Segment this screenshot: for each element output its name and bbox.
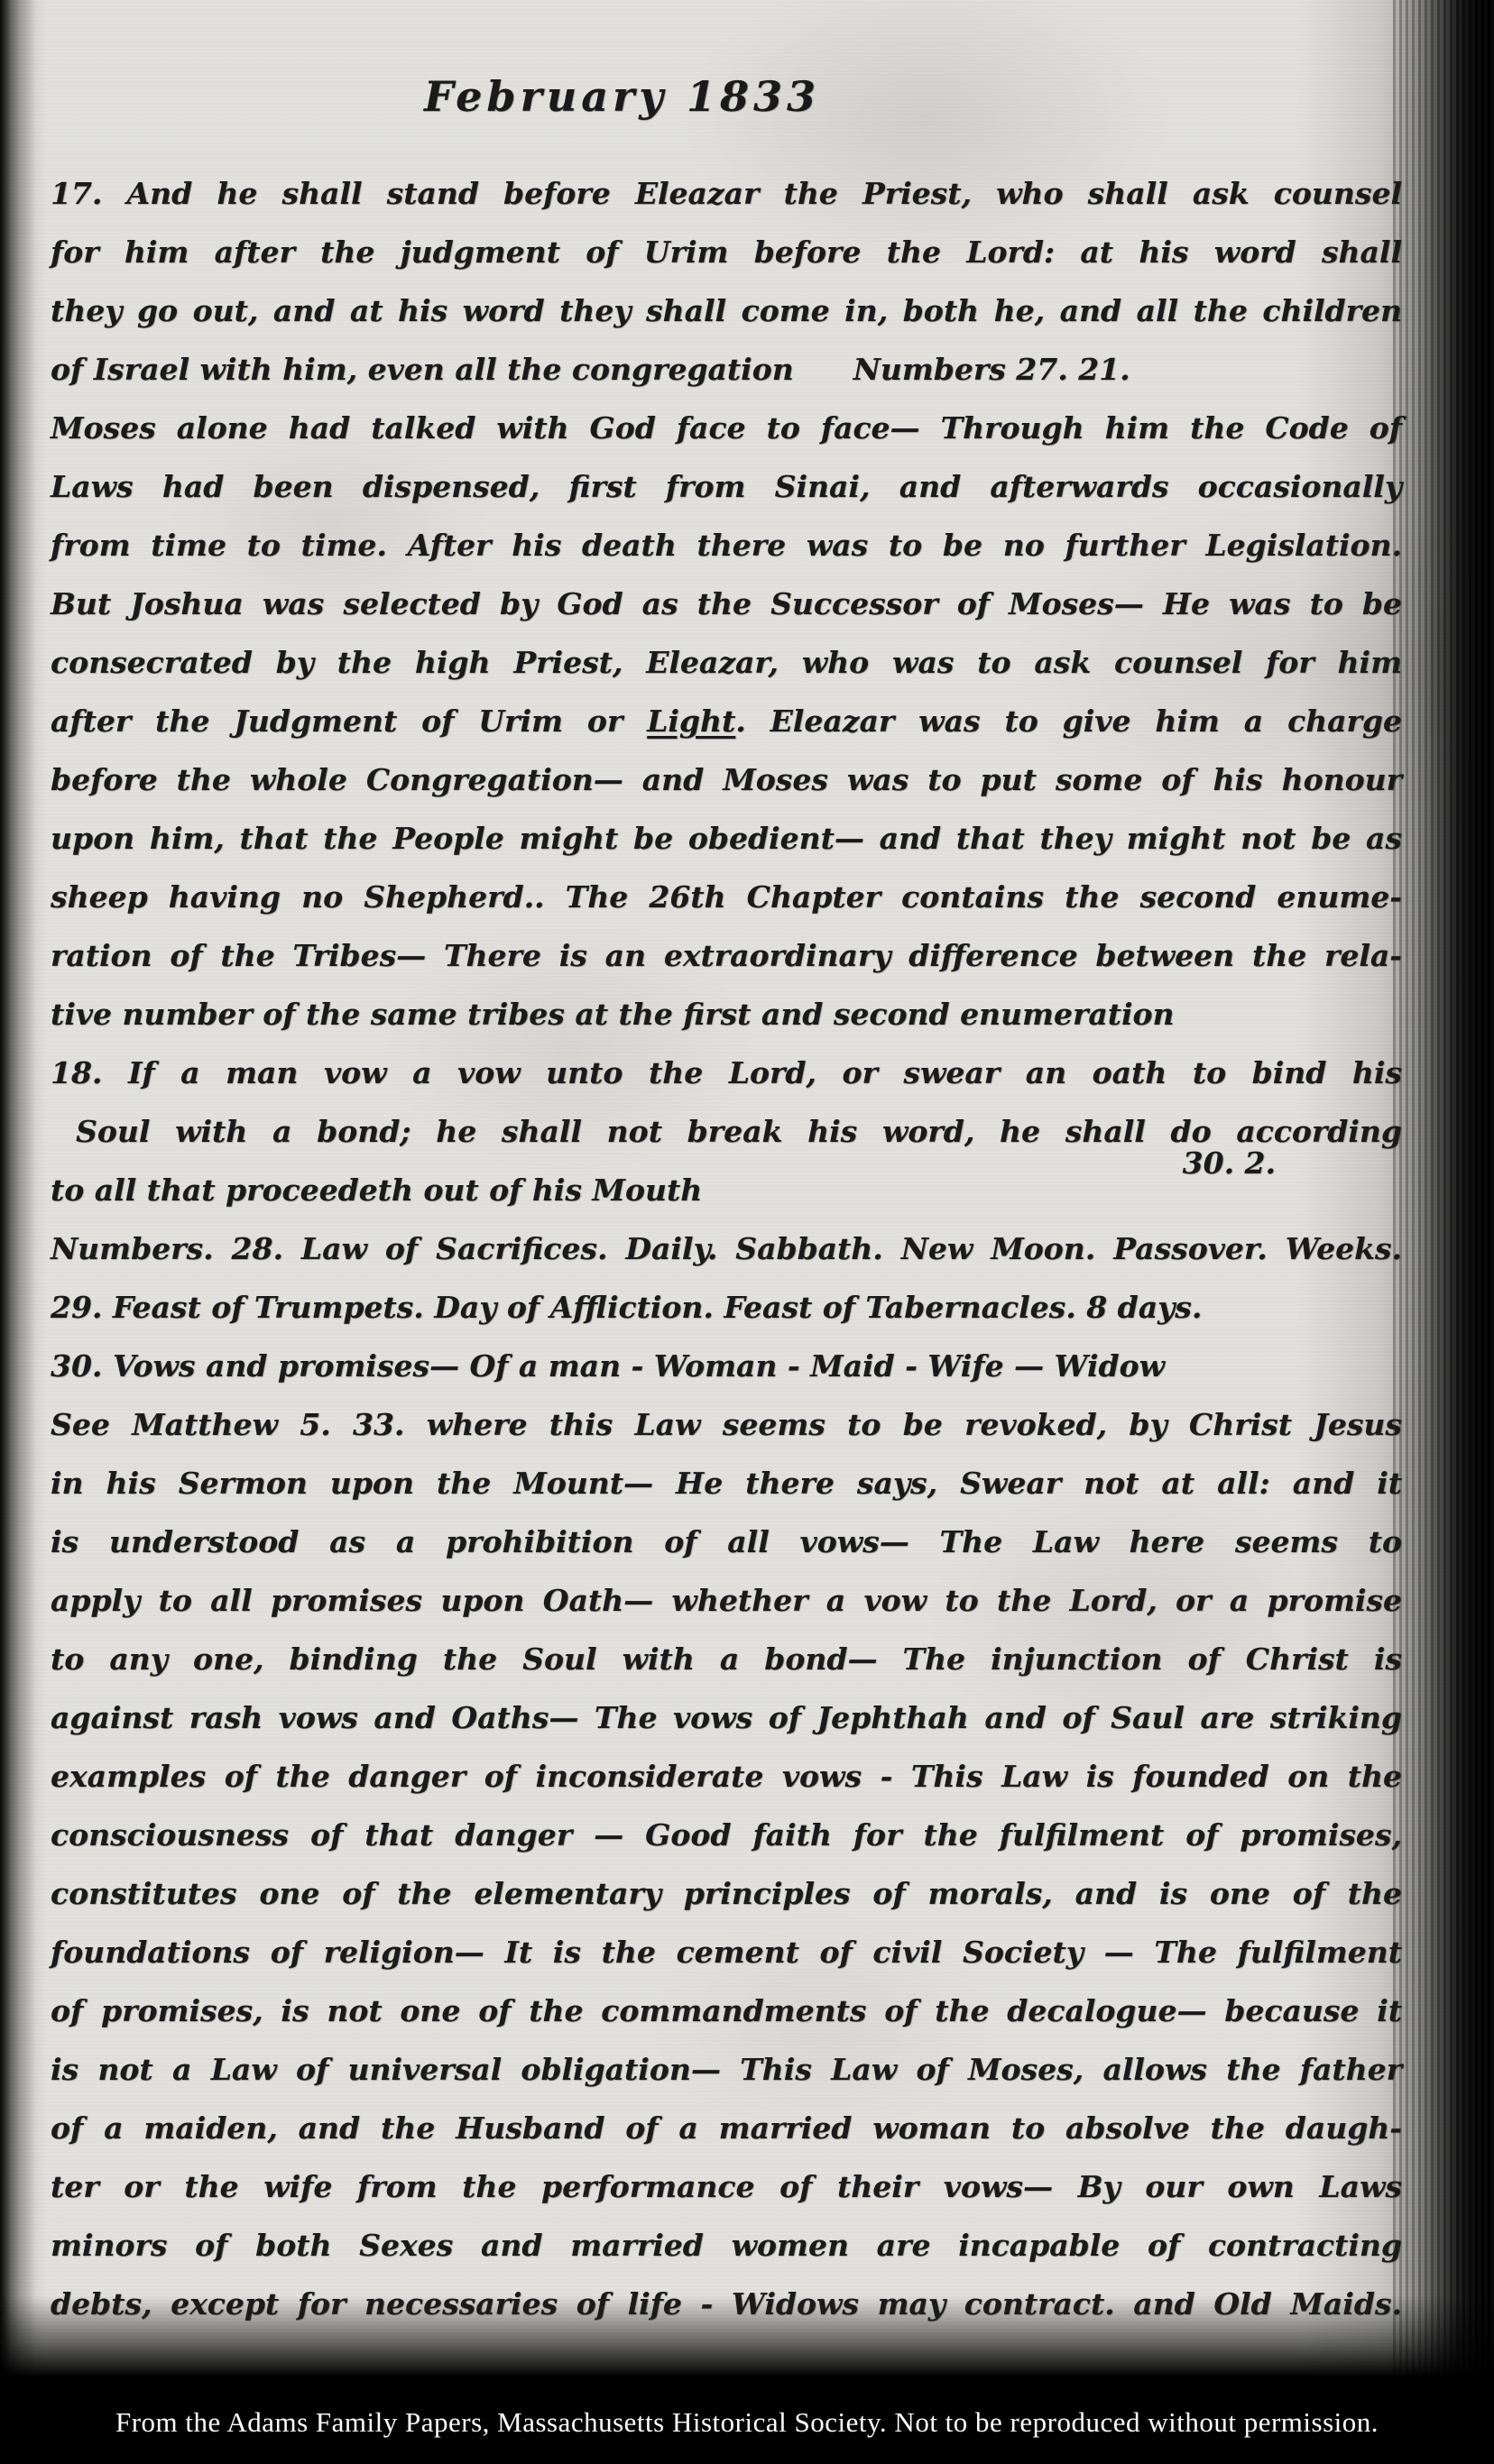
- manuscript-line: 30. Vows and promises— Of a man - Woman …: [51, 1337, 1402, 1395]
- manuscript-line: is understood as a prohibition of all vo…: [51, 1512, 1402, 1571]
- manuscript-line: is not a Law of universal obligation— Th…: [51, 2040, 1402, 2099]
- manuscript-line: they go out, and at his word they shall …: [51, 281, 1402, 340]
- manuscript-scan: February 1833 17. And he shall stand bef…: [0, 0, 1494, 2464]
- manuscript-lines: 17. And he shall stand before Eleazar th…: [51, 164, 1402, 2333]
- manuscript-line: tive number of the same tribes at the fi…: [51, 985, 1402, 1044]
- manuscript-line: Laws had been dispensed, first from Sina…: [51, 457, 1402, 516]
- attribution-bar: From the Adams Family Papers, Massachuse…: [0, 2381, 1494, 2464]
- manuscript-line: Moses alone had talked with God face to …: [51, 399, 1402, 457]
- manuscript-line: for him after the judgment of Urim befor…: [51, 223, 1402, 281]
- verse-annotation: 30. 2.: [1183, 1134, 1276, 1192]
- manuscript-line: minors of both Sexes and married women a…: [51, 2216, 1402, 2275]
- manuscript-line: of a maiden, and the Husband of a marrie…: [51, 2099, 1402, 2157]
- manuscript-line: constitutes one of the elementary princi…: [51, 1864, 1402, 1923]
- left-page-edge: [0, 0, 36, 2464]
- manuscript-line: of promises, is not one of the commandme…: [51, 1981, 1402, 2040]
- manuscript-line: 29. Feast of Trumpets. Day of Affliction…: [51, 1278, 1402, 1337]
- manuscript-line: of Israel with him, even all the congreg…: [51, 340, 1402, 399]
- date-heading: February 1833: [424, 72, 820, 121]
- attribution-text: From the Adams Family Papers, Massachuse…: [115, 2406, 1379, 2439]
- manuscript-line: consciousness of that danger — Good fait…: [51, 1806, 1402, 1864]
- underlined-word: Light: [647, 703, 735, 739]
- manuscript-line: from time to time. After his death there…: [51, 516, 1402, 575]
- manuscript-line: ter or the wife from the performance of …: [51, 2157, 1402, 2216]
- manuscript-line: examples of the danger of inconsiderate …: [51, 1747, 1402, 1806]
- manuscript-line: debts, except for necessaries of life - …: [51, 2275, 1402, 2333]
- manuscript-line: Numbers. 28. Law of Sacrifices. Daily. S…: [51, 1219, 1402, 1278]
- manuscript-line: upon him, that the People might be obedi…: [51, 809, 1402, 868]
- manuscript-line: See Matthew 5. 33. where this Law seems …: [51, 1395, 1402, 1454]
- manuscript-line: before the whole Congregation— and Moses…: [51, 750, 1402, 809]
- manuscript-line: to any one, binding the Soul with a bond…: [51, 1630, 1402, 1688]
- manuscript-line: apply to all promises upon Oath— whether…: [51, 1571, 1402, 1630]
- manuscript-line: ration of the Tribes— There is an extrao…: [51, 926, 1402, 985]
- manuscript-line: sheep having no Shepherd.. The 26th Chap…: [51, 868, 1402, 926]
- manuscript-line: foundations of religion— It is the cemen…: [51, 1923, 1402, 1981]
- manuscript-line: 18. If a man vow a vow unto the Lord, or…: [51, 1044, 1402, 1102]
- manuscript-line: consecrated by the high Priest, Eleazar,…: [51, 633, 1402, 692]
- manuscript-line: after the Judgment of Urim or Light. Ele…: [51, 692, 1402, 750]
- book-spine-edge: [1393, 0, 1494, 2464]
- manuscript-line: to all that proceedeth out of his Mouth3…: [51, 1161, 1402, 1219]
- manuscript-line: 17. And he shall stand before Eleazar th…: [51, 164, 1402, 223]
- manuscript-line: against rash vows and Oaths— The vows of…: [51, 1688, 1402, 1747]
- manuscript-line: in his Sermon upon the Mount— He there s…: [51, 1454, 1402, 1512]
- manuscript-line: But Joshua was selected by God as the Su…: [51, 575, 1402, 633]
